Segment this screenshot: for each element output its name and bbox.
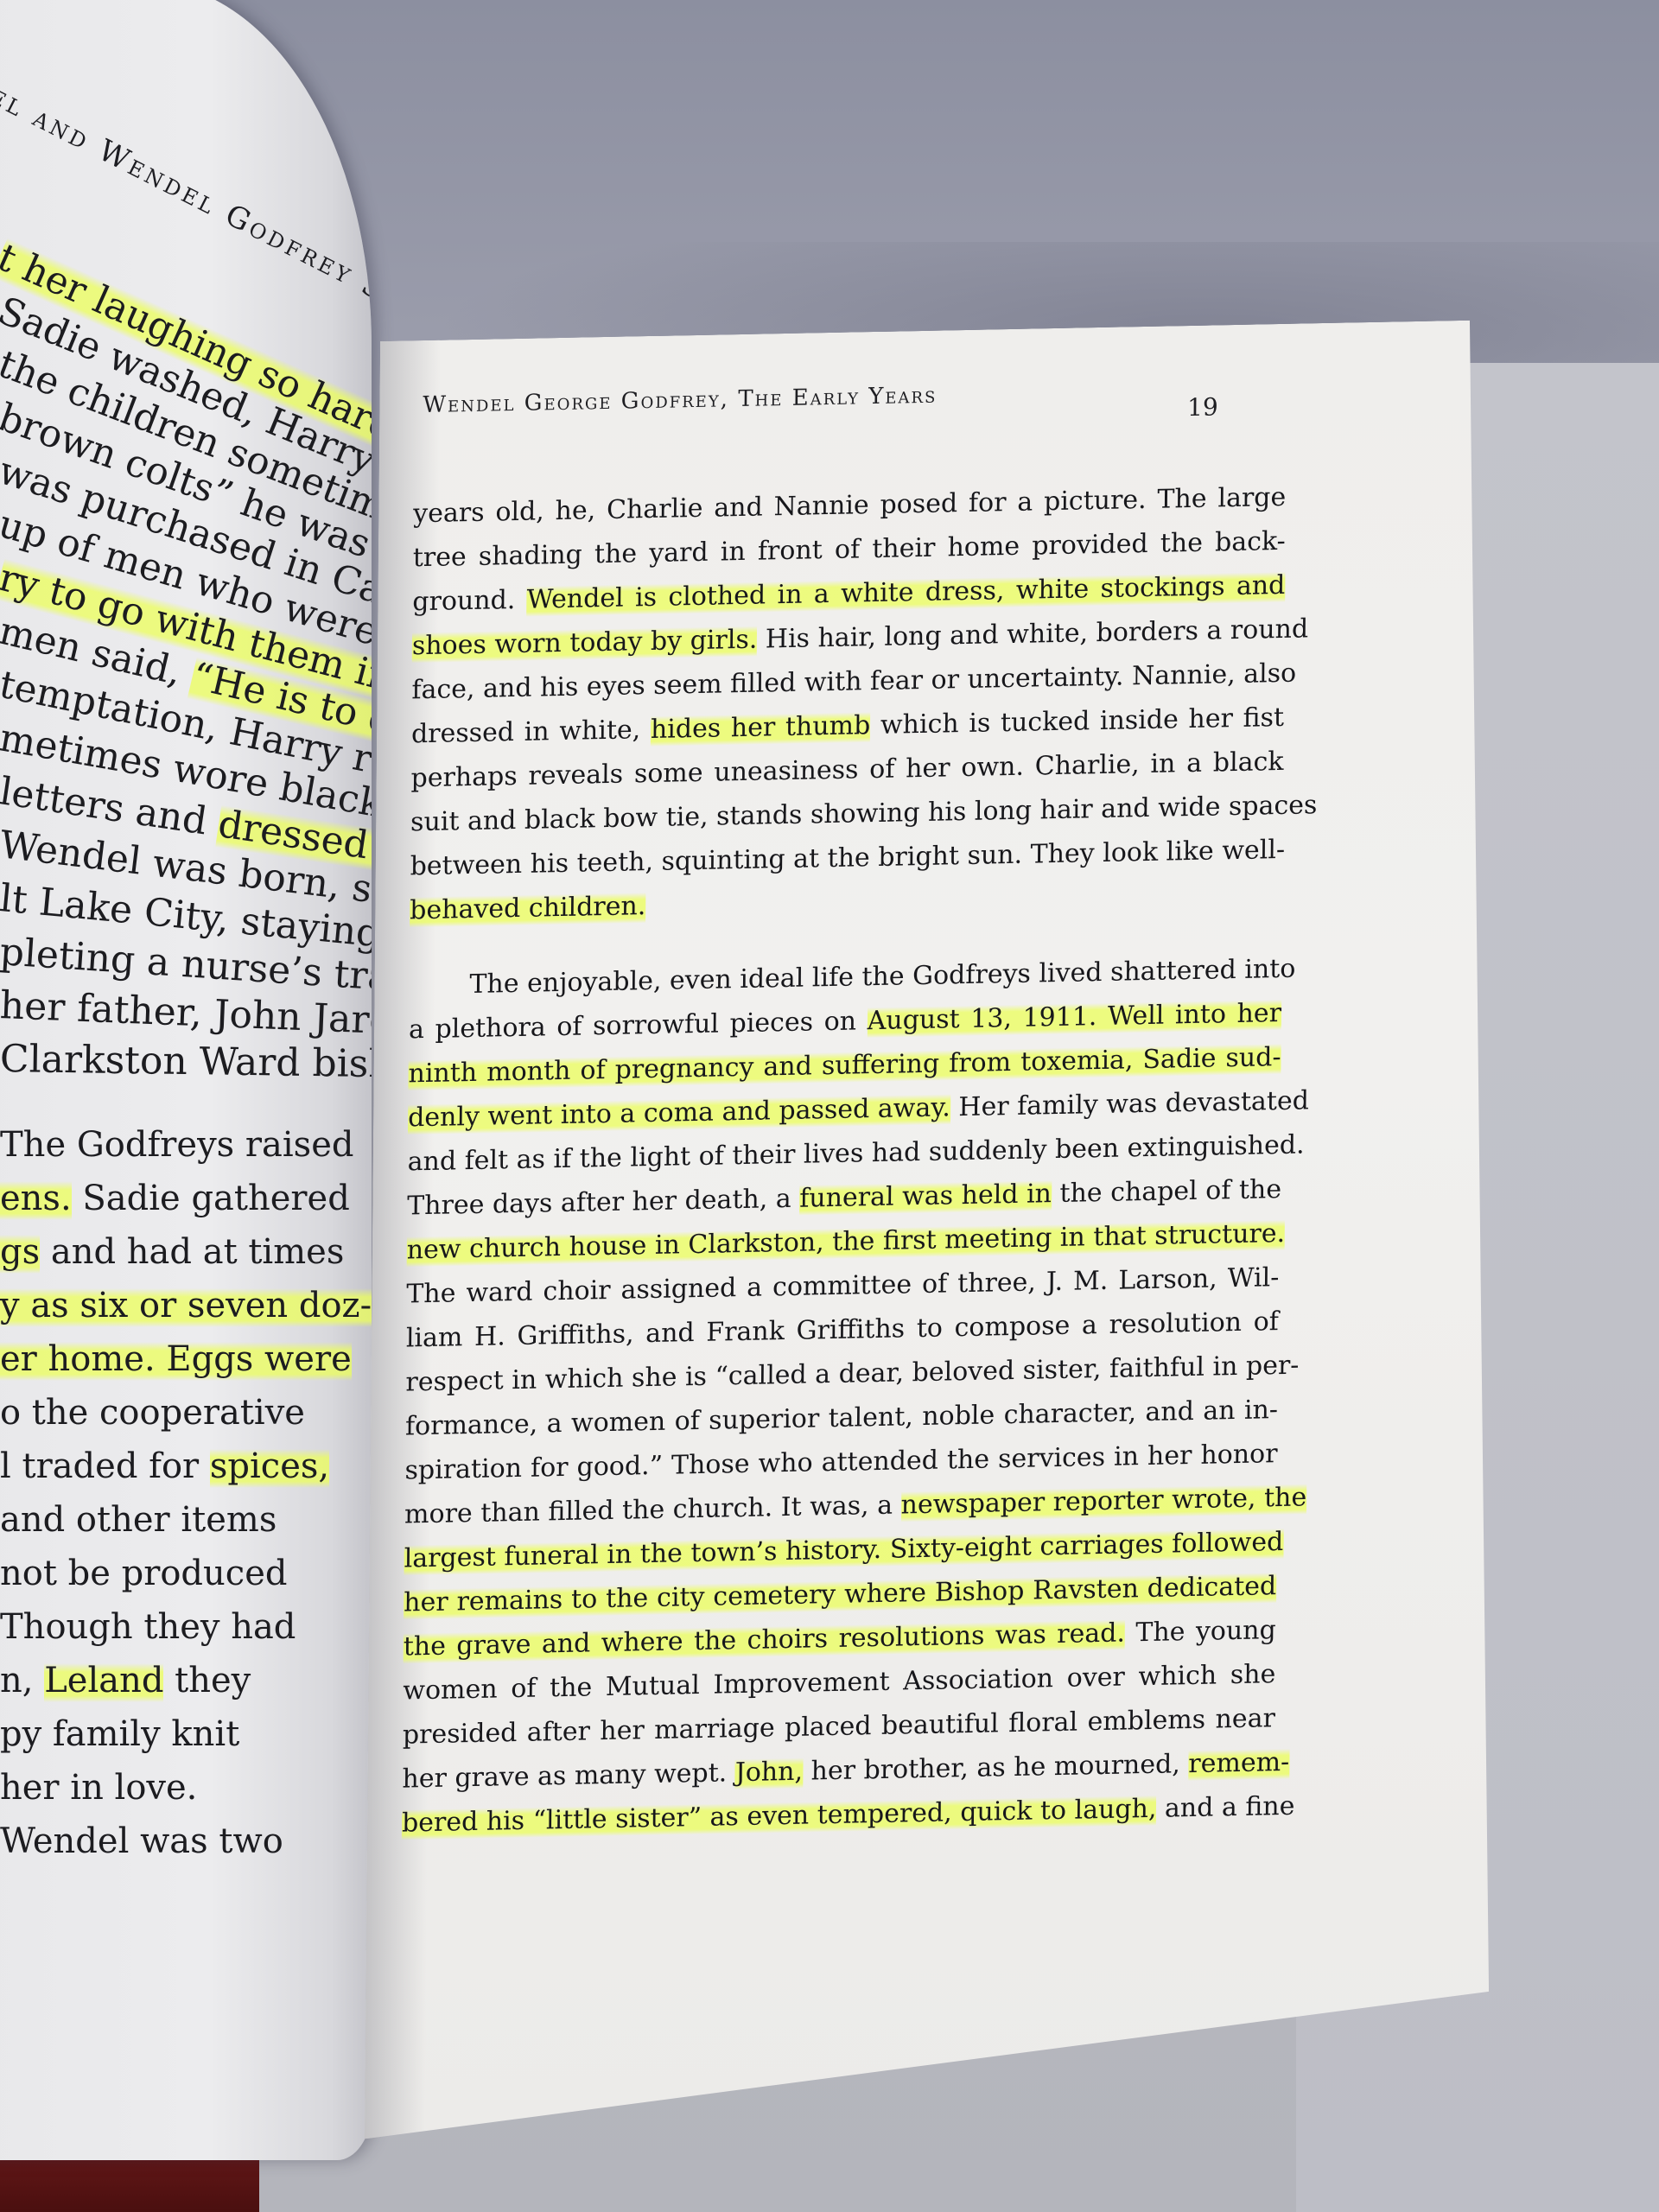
left-text-line: n, Leland they [0,1661,251,1700]
page-number: 19 [1187,392,1218,422]
text-run: dressed in white, [411,715,651,749]
left-text-line: not be produced [0,1554,287,1593]
left-text-line: Clarkston Ward bish- [0,1037,372,1087]
left-text-line: l traded for spices, [0,1446,329,1486]
highlighted-text: behaved children. [410,889,645,927]
text-run: Her family was devastated [950,1085,1309,1122]
left-text-line: Though they had [0,1607,296,1647]
text-run: the chapel of the [1052,1174,1281,1209]
right-page: Wendel George Godfrey, The Early Years 1… [365,320,1503,2139]
left-text-line: and other items [0,1500,276,1540]
text-run: a plethora of sorrowful pieces on [409,1006,868,1045]
paragraph: years old, he, Charlie and Nannie posed … [410,475,1286,933]
left-text-line: her in love. [0,1768,197,1808]
right-running-head: Wendel George Godfrey, The Early Years [423,383,937,418]
text-run: ground. [412,585,527,618]
text-run: Three days after her death, a [407,1184,799,1222]
text-run: The young [1125,1615,1276,1648]
text-run: her brother, as he mourned, [803,1749,1189,1787]
highlighted-text: John, [735,1755,804,1790]
left-text-line: er home. Eggs were [0,1339,352,1379]
highlighted-text: August 13, 1911. Well into her [868,996,1282,1038]
highlighted-text: bered his “little sister” as even temper… [402,1792,1157,1840]
left-text-line: Wendel was two [0,1821,283,1861]
text-run: His hair, long and white, borders a roun… [757,613,1308,654]
highlighted-text: shoes worn today by girls. [412,623,758,664]
text-run: her grave as many wept. [402,1758,735,1794]
highlighted-text: funeral was held in [799,1177,1052,1216]
paragraph: The enjoyable, even ideal life the Godfr… [402,947,1282,1846]
highlighted-text: denly went into a coma and passed away. [408,1090,950,1135]
highlighted-text: spices, [210,1445,329,1488]
highlighted-text: er home. Eggs were [0,1338,352,1381]
left-text-line: y as six or seven doz- [0,1286,372,1325]
left-text-line: o the cooperative [0,1393,305,1433]
left-text-line: The Godfreys raised [0,1125,353,1165]
right-page-body: years old, he, Charlie and Nannie posed … [402,475,1287,1846]
highlighted-text: ens. [0,1177,72,1220]
text-run: which is tucked inside her fist [870,702,1284,741]
highlighted-text: hides her thumb [651,709,871,747]
left-text-line: gs and had at times [0,1232,344,1272]
highlighted-text: y as six or seven doz- [0,1284,372,1327]
left-text-line: ens. Sadie gathered [0,1179,350,1218]
highlighted-text: Leland [44,1659,163,1702]
left-text-line: py family knit [0,1714,239,1754]
highlighted-text: newspaper reporter wrote, the [900,1480,1306,1522]
highlighted-text: remem- [1188,1745,1289,1781]
text-run: and a fine [1156,1791,1294,1824]
highlighted-text: gs [0,1230,40,1274]
left-page: el and Wendel Godfrey S t her laughing s… [0,0,372,2160]
text-run: more than filled the church. It was, a [404,1490,901,1529]
